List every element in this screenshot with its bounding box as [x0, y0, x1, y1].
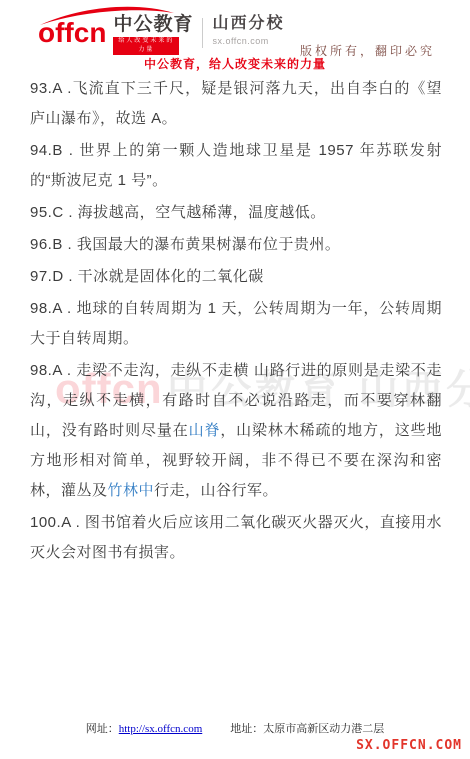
brand-slogan-banner: 给人改变未来的力量 [113, 37, 179, 55]
site-label: 网址： [86, 723, 119, 735]
answers-list: 93.A .飞流直下三千尺，疑是银河落九天，出自李白的《望庐山瀑布》，故选 A。… [30, 74, 442, 570]
link-zhulinzhong[interactable]: 竹林中 [108, 482, 155, 499]
offcn-logo: offcn [38, 6, 106, 46]
answer-97: 97.D . 干冰就是固体化的二氧化碳 [30, 262, 442, 292]
logo-divider [202, 18, 203, 48]
answer-94: 94.B . 世界上的第一颗人造地球卫星是 1957 年苏联发射的“斯波尼克 1… [30, 136, 442, 196]
branch-block: 山西分校 sx.offcn.com [212, 6, 284, 46]
answer-98: 98.A . 地球的自转周期为 1 天，公转周期为一年，公转周期大于自转周期。 [30, 294, 442, 354]
branch-site-url: sx.offcn.com [212, 36, 284, 46]
answer-96: 96.B . 我国最大的瀑布黄果树瀑布位于贵州。 [30, 230, 442, 260]
answer-99-text-after: 行走，山谷行军。 [154, 482, 278, 499]
brand-title: 中公教育 [113, 15, 193, 35]
answer-99: 98.A . 走梁不走沟，走纵不走横 山路行进的原则是走梁不走沟，走纵不走横，有… [30, 356, 442, 506]
link-shanji[interactable]: 山脊 [189, 422, 221, 439]
answer-93: 93.A .飞流直下三千尺，疑是银河落九天，出自李白的《望庐山瀑布》，故选 A。 [30, 74, 442, 134]
footer-site: 网址：http://sx.offcn.com [86, 720, 203, 736]
document-page: offcn 中公教育 给人改变未来的力量 山西分校 sx.offcn.com 版… [0, 0, 470, 759]
header: offcn 中公教育 给人改变未来的力量 山西分校 sx.offcn.com [38, 6, 284, 55]
site-link[interactable]: http://sx.offcn.com [119, 723, 203, 735]
company-slogan: 中公教育，给人改变未来的力量 [0, 55, 470, 72]
corner-brand-mark: SX.OFFCN.COM [356, 738, 462, 753]
footer: 网址：http://sx.offcn.com 地址：太原市高新区动力港二层 [0, 720, 470, 736]
logo-word: offcn [38, 20, 106, 46]
answer-95: 95.C . 海拔越高，空气越稀薄，温度越低。 [30, 198, 442, 228]
answer-100: 100.A . 图书馆着火后应该用二氧化碳灭火器灭火，直接用水灭火会对图书有损害… [30, 508, 442, 568]
brand-block: 中公教育 给人改变未来的力量 [113, 6, 193, 55]
footer-address: 地址：太原市高新区动力港二层 [230, 720, 384, 736]
branch-title: 山西分校 [212, 15, 284, 33]
